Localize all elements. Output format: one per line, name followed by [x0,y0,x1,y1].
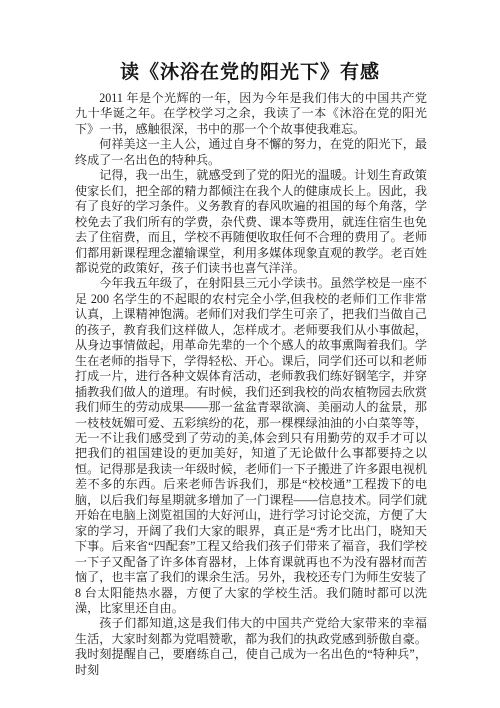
document-body: 2011 年是个光辉的一年，因为今年是我们伟大的中国共产党九十华诞之年。在学校学… [75,91,427,678]
paragraph-intro: 2011 年是个光辉的一年，因为今年是我们伟大的中国共产党九十华诞之年。在学校学… [75,91,427,137]
paragraph-childhood: 记得，我一出生，就感受到了党的阳光的温暖。计划生育政策使家长们，把全部的精力都倾… [75,168,427,276]
paragraph-conclusion: 孩子们都知道,这是我们伟大的中国共产党给大家带来的幸福生活，大家时刻都为党唱赞歌… [75,616,427,678]
paragraph-school-life: 今年我五年级了，在射阳县三元小学读书。虽然学校是一座不足 200 名学生的不起眼… [75,276,427,616]
paragraph-hero: 何祥美这一主人公，通过自身不懈的努力，在党的阳光下，最终成了一名出色的特种兵。 [75,137,427,168]
document-title: 读《沐浴在党的阳光下》有感 [0,57,500,84]
document-page: 读《沐浴在党的阳光下》有感 2011 年是个光辉的一年，因为今年是我们伟大的中国… [0,0,500,708]
